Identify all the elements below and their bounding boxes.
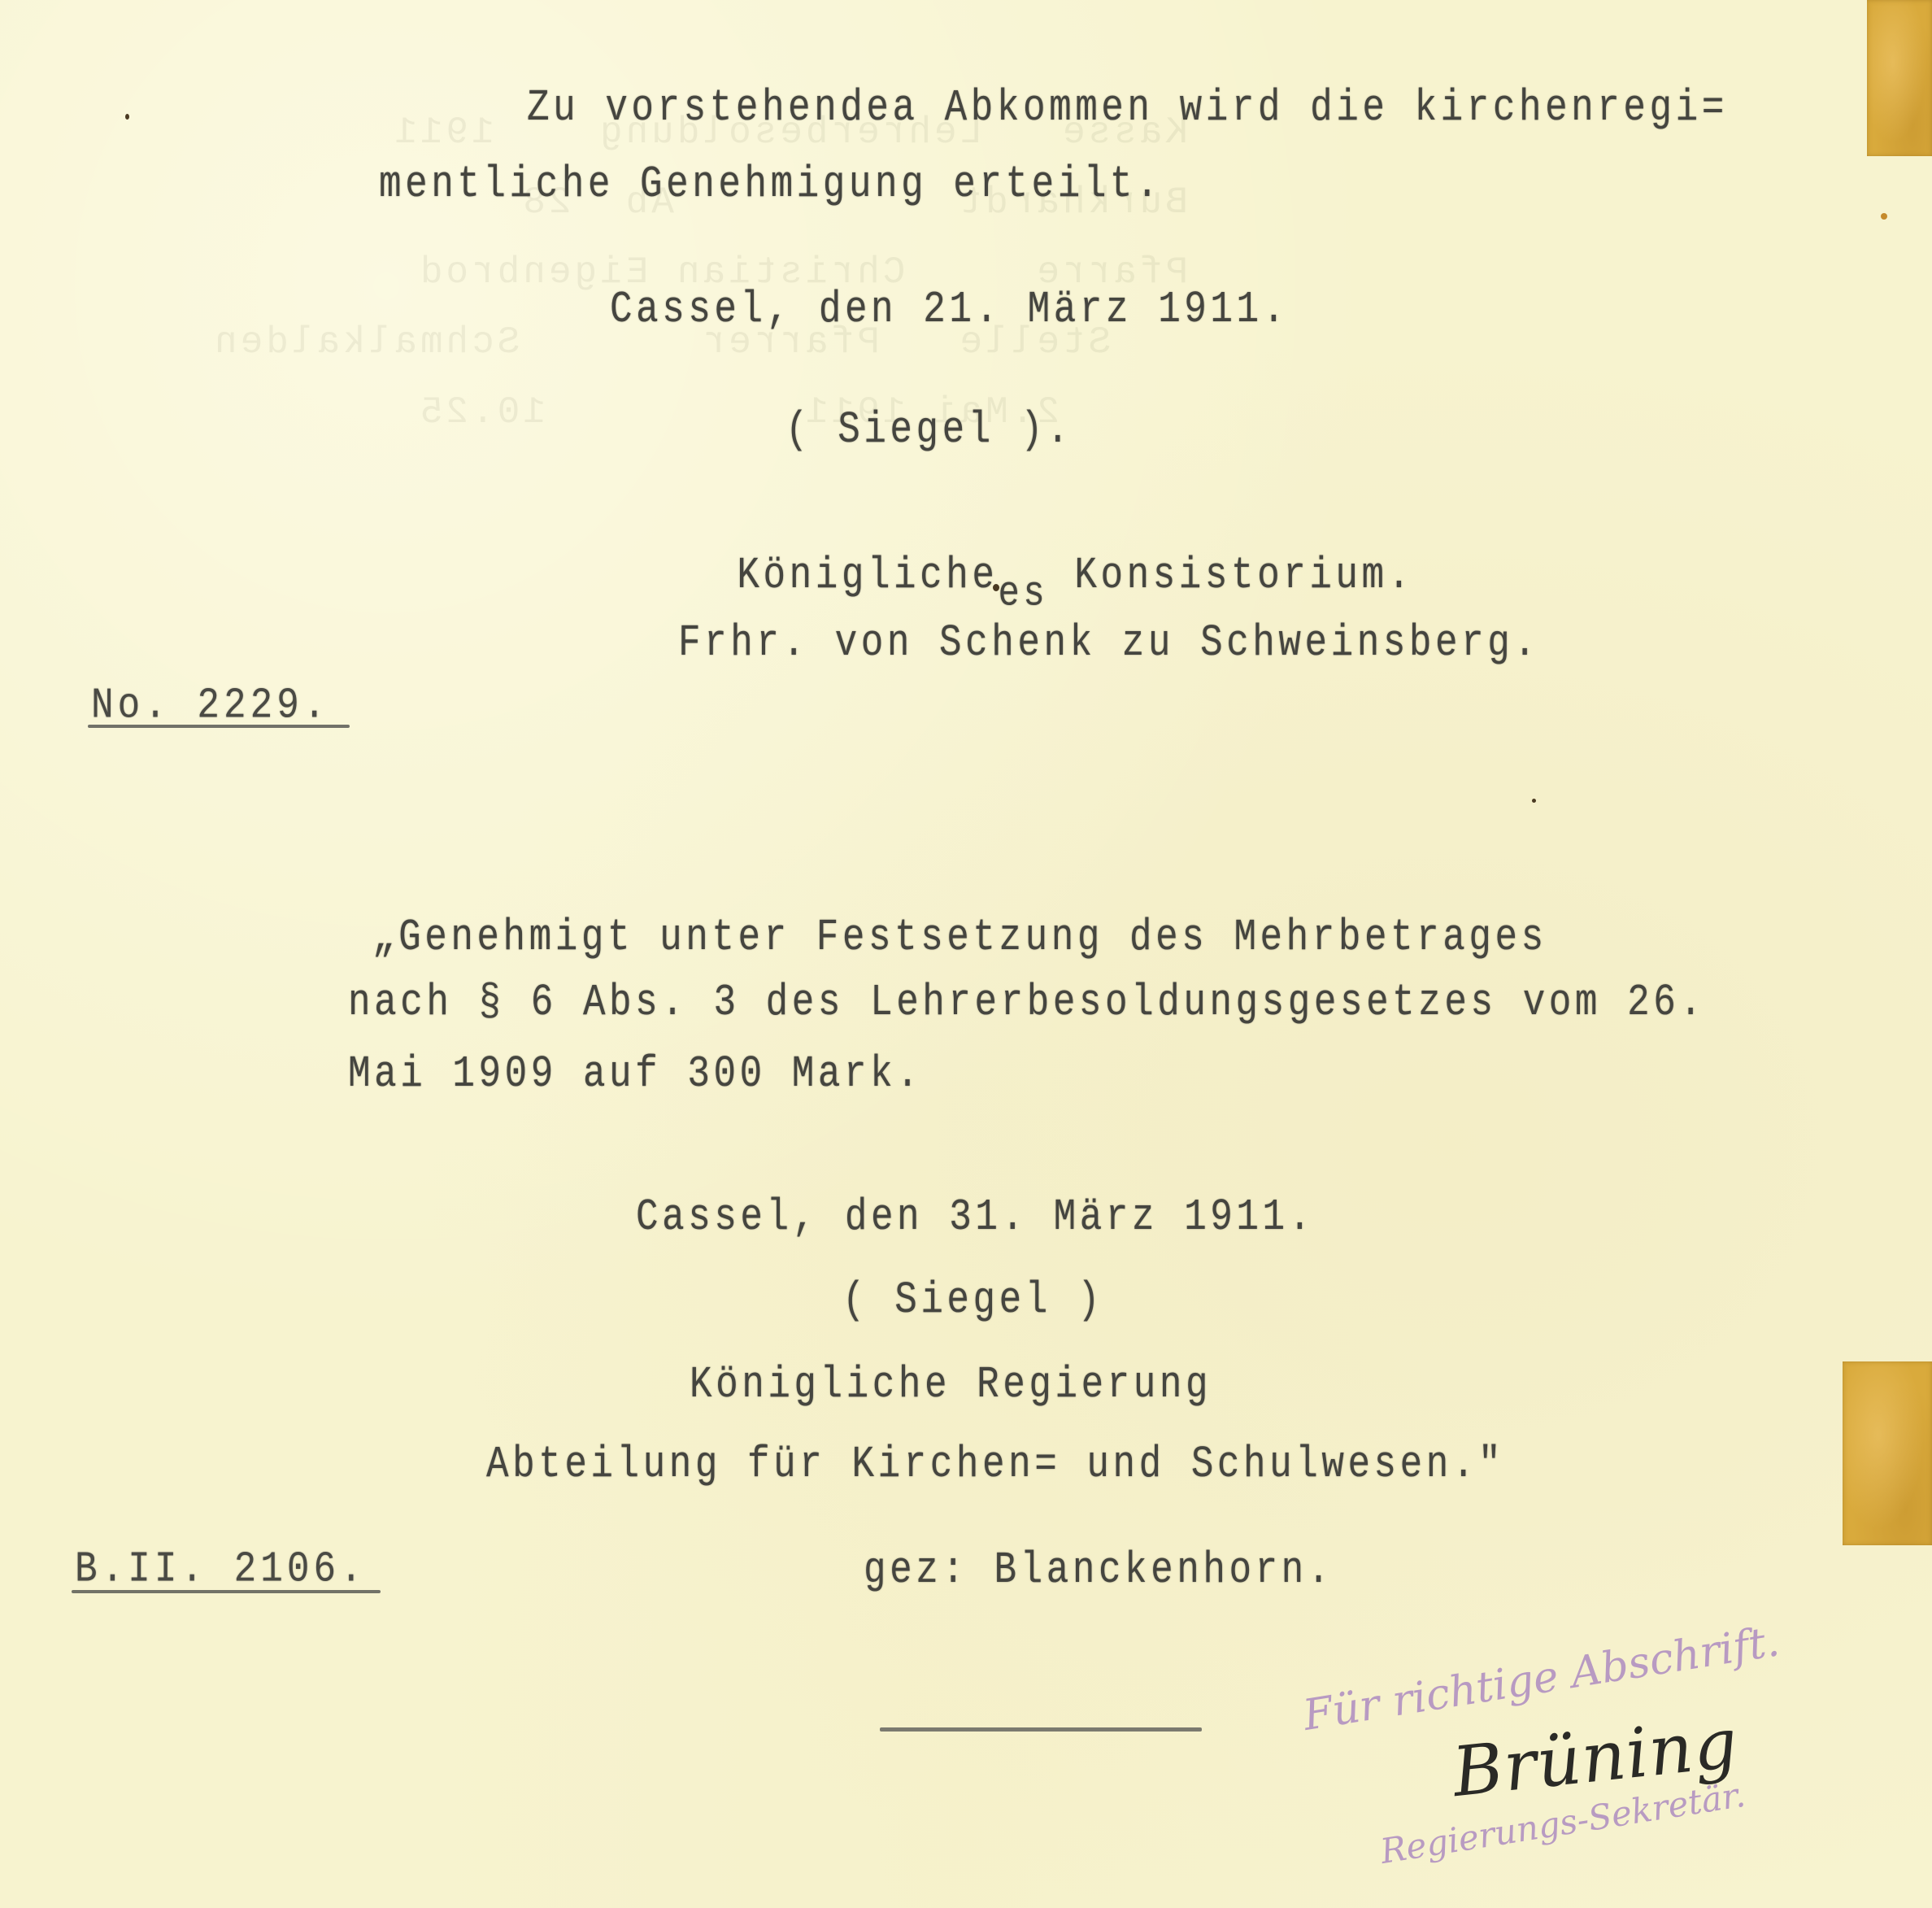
reference-number-1: No. 2229.: [91, 682, 329, 730]
department-government: Abteilung für Kirchen= und Schulwesen.": [486, 1440, 1504, 1489]
tape-strip-top: [1867, 0, 1932, 156]
signed-by-government: gez: Blanckenhorn.: [864, 1545, 1334, 1595]
seal-note-government: ( Siegel ): [842, 1275, 1103, 1325]
approval-sentence-line-2: mentliche Genehmigung erteilt.: [379, 159, 1162, 209]
closing-rule: [880, 1727, 1202, 1732]
tape-strip-bottom: [1843, 1361, 1932, 1545]
paper-speck: [125, 114, 129, 120]
authority-consistory-rest: Konsistorium.: [1048, 551, 1413, 600]
reference-number-2-underline: [72, 1590, 381, 1593]
approval-sentence-line-1: Zu vorstehendea Abkommen wird die kirche…: [527, 83, 1728, 133]
paper-speck: [1532, 799, 1536, 803]
approval-quote-line-1: „Genehmigt unter Festsetzung des Mehrbet…: [372, 913, 1547, 962]
signatory-consistory: Frhr. von Schenk zu Schweinsberg.: [678, 618, 1539, 668]
reference-number-2: B.II. 2106.: [75, 1545, 367, 1594]
reference-number-1-underline: [88, 725, 350, 728]
approval-quote-line-3: Mai 1909 auf 300 Mark.: [348, 1049, 922, 1099]
paper-speck: [993, 584, 999, 591]
authority-government: Königliche Regierung: [690, 1360, 1212, 1409]
document-page: Kasse Lehrerbesoldung 1911 Burkhardt Ab …: [0, 0, 1932, 1908]
paper-speck: [1881, 213, 1887, 220]
authority-consistory-main: Königliche: [737, 551, 998, 600]
approval-quote-line-2: nach § 6 Abs. 3 des Lehrerbesoldungsgese…: [348, 978, 1705, 1027]
seal-note-consistory: ( Siegel ).: [785, 405, 1073, 455]
bleed-through-text: Kasse Lehrerbesoldung 1911 Burkhardt Ab …: [211, 98, 1188, 447]
place-date-government: Cassel, den 31. März 1911.: [636, 1192, 1315, 1242]
authority-consistory-correction: es: [998, 570, 1048, 618]
place-date-consistory: Cassel, den 21. März 1911.: [610, 285, 1289, 334]
